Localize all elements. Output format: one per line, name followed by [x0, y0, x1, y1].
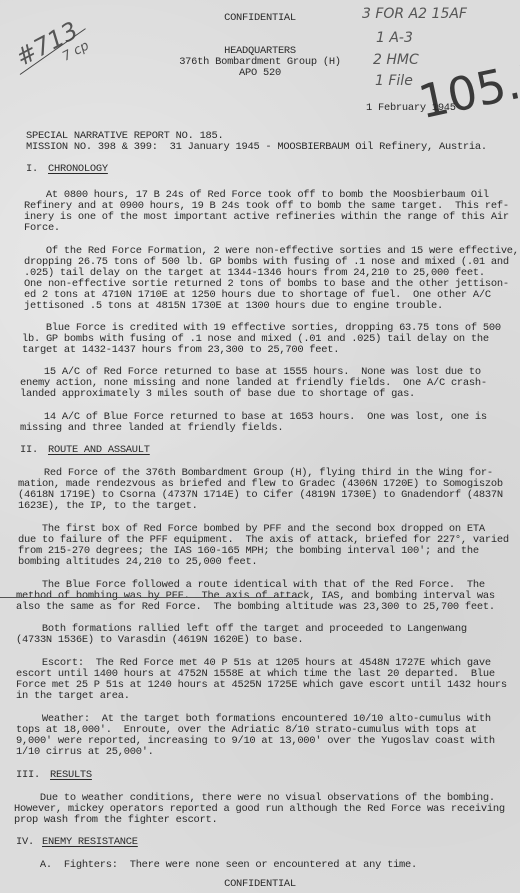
text-line: inery is one of the most important activ… — [24, 211, 509, 223]
report-date: 1 February 1945 — [366, 102, 456, 114]
section-i-heading: CHRONOLOGY — [48, 163, 108, 175]
text-line: Force. — [24, 222, 60, 234]
text-line: in the target area. — [16, 690, 130, 702]
text-line: target at 1432-1437 hours from 23,300 to… — [22, 344, 339, 356]
text-line: 1/10 cirrus at 25,000'. — [16, 746, 154, 758]
text-line: also the same as for Red Force. The bomb… — [16, 601, 495, 613]
text-line: missing and three landed at friendly fie… — [20, 422, 283, 434]
document-page: #713 7 cp 3 FOR A2 15AF 1 A-3 2 HMC 1 Fi… — [0, 0, 520, 893]
section-ii-numeral: II. — [20, 444, 38, 456]
strike-through-mark — [0, 597, 300, 598]
text-line: bombing altitudes 24,210 to 25,000 feet. — [18, 556, 257, 568]
mission-line: MISSION NO. 398 & 399: 31 January 1945 -… — [26, 141, 487, 153]
section-iii-numeral: III. — [16, 769, 40, 781]
section-iii-heading: RESULTS — [50, 769, 92, 781]
section-ii-heading: ROUTE AND ASSAULT — [48, 444, 150, 456]
section-iv-numeral: IV. — [16, 836, 34, 848]
text-line: jettisoned .5 tons at 4815N 1730E at 130… — [24, 300, 443, 312]
text-line: prop wash from the fighter escort. — [14, 814, 218, 826]
text-line: A. Fighters: There were none seen or enc… — [10, 859, 417, 871]
classification-top: CONFIDENTIAL — [0, 12, 520, 24]
text-line: landed approximately 3 miles south of ba… — [20, 388, 415, 400]
classification-bottom: CONFIDENTIAL — [0, 878, 520, 890]
handwritten-distribution-2: 1 A-3 — [376, 30, 413, 46]
text-line: 1623E), the IP, to the target. — [18, 500, 198, 512]
org-apo: APO 520 — [0, 67, 520, 79]
text-line: (4733N 1536E) to Varasdin (4619N 1620E) … — [16, 634, 303, 646]
section-i-numeral: I. — [26, 163, 38, 175]
section-iv-heading: ENEMY RESISTANCE — [42, 836, 138, 848]
